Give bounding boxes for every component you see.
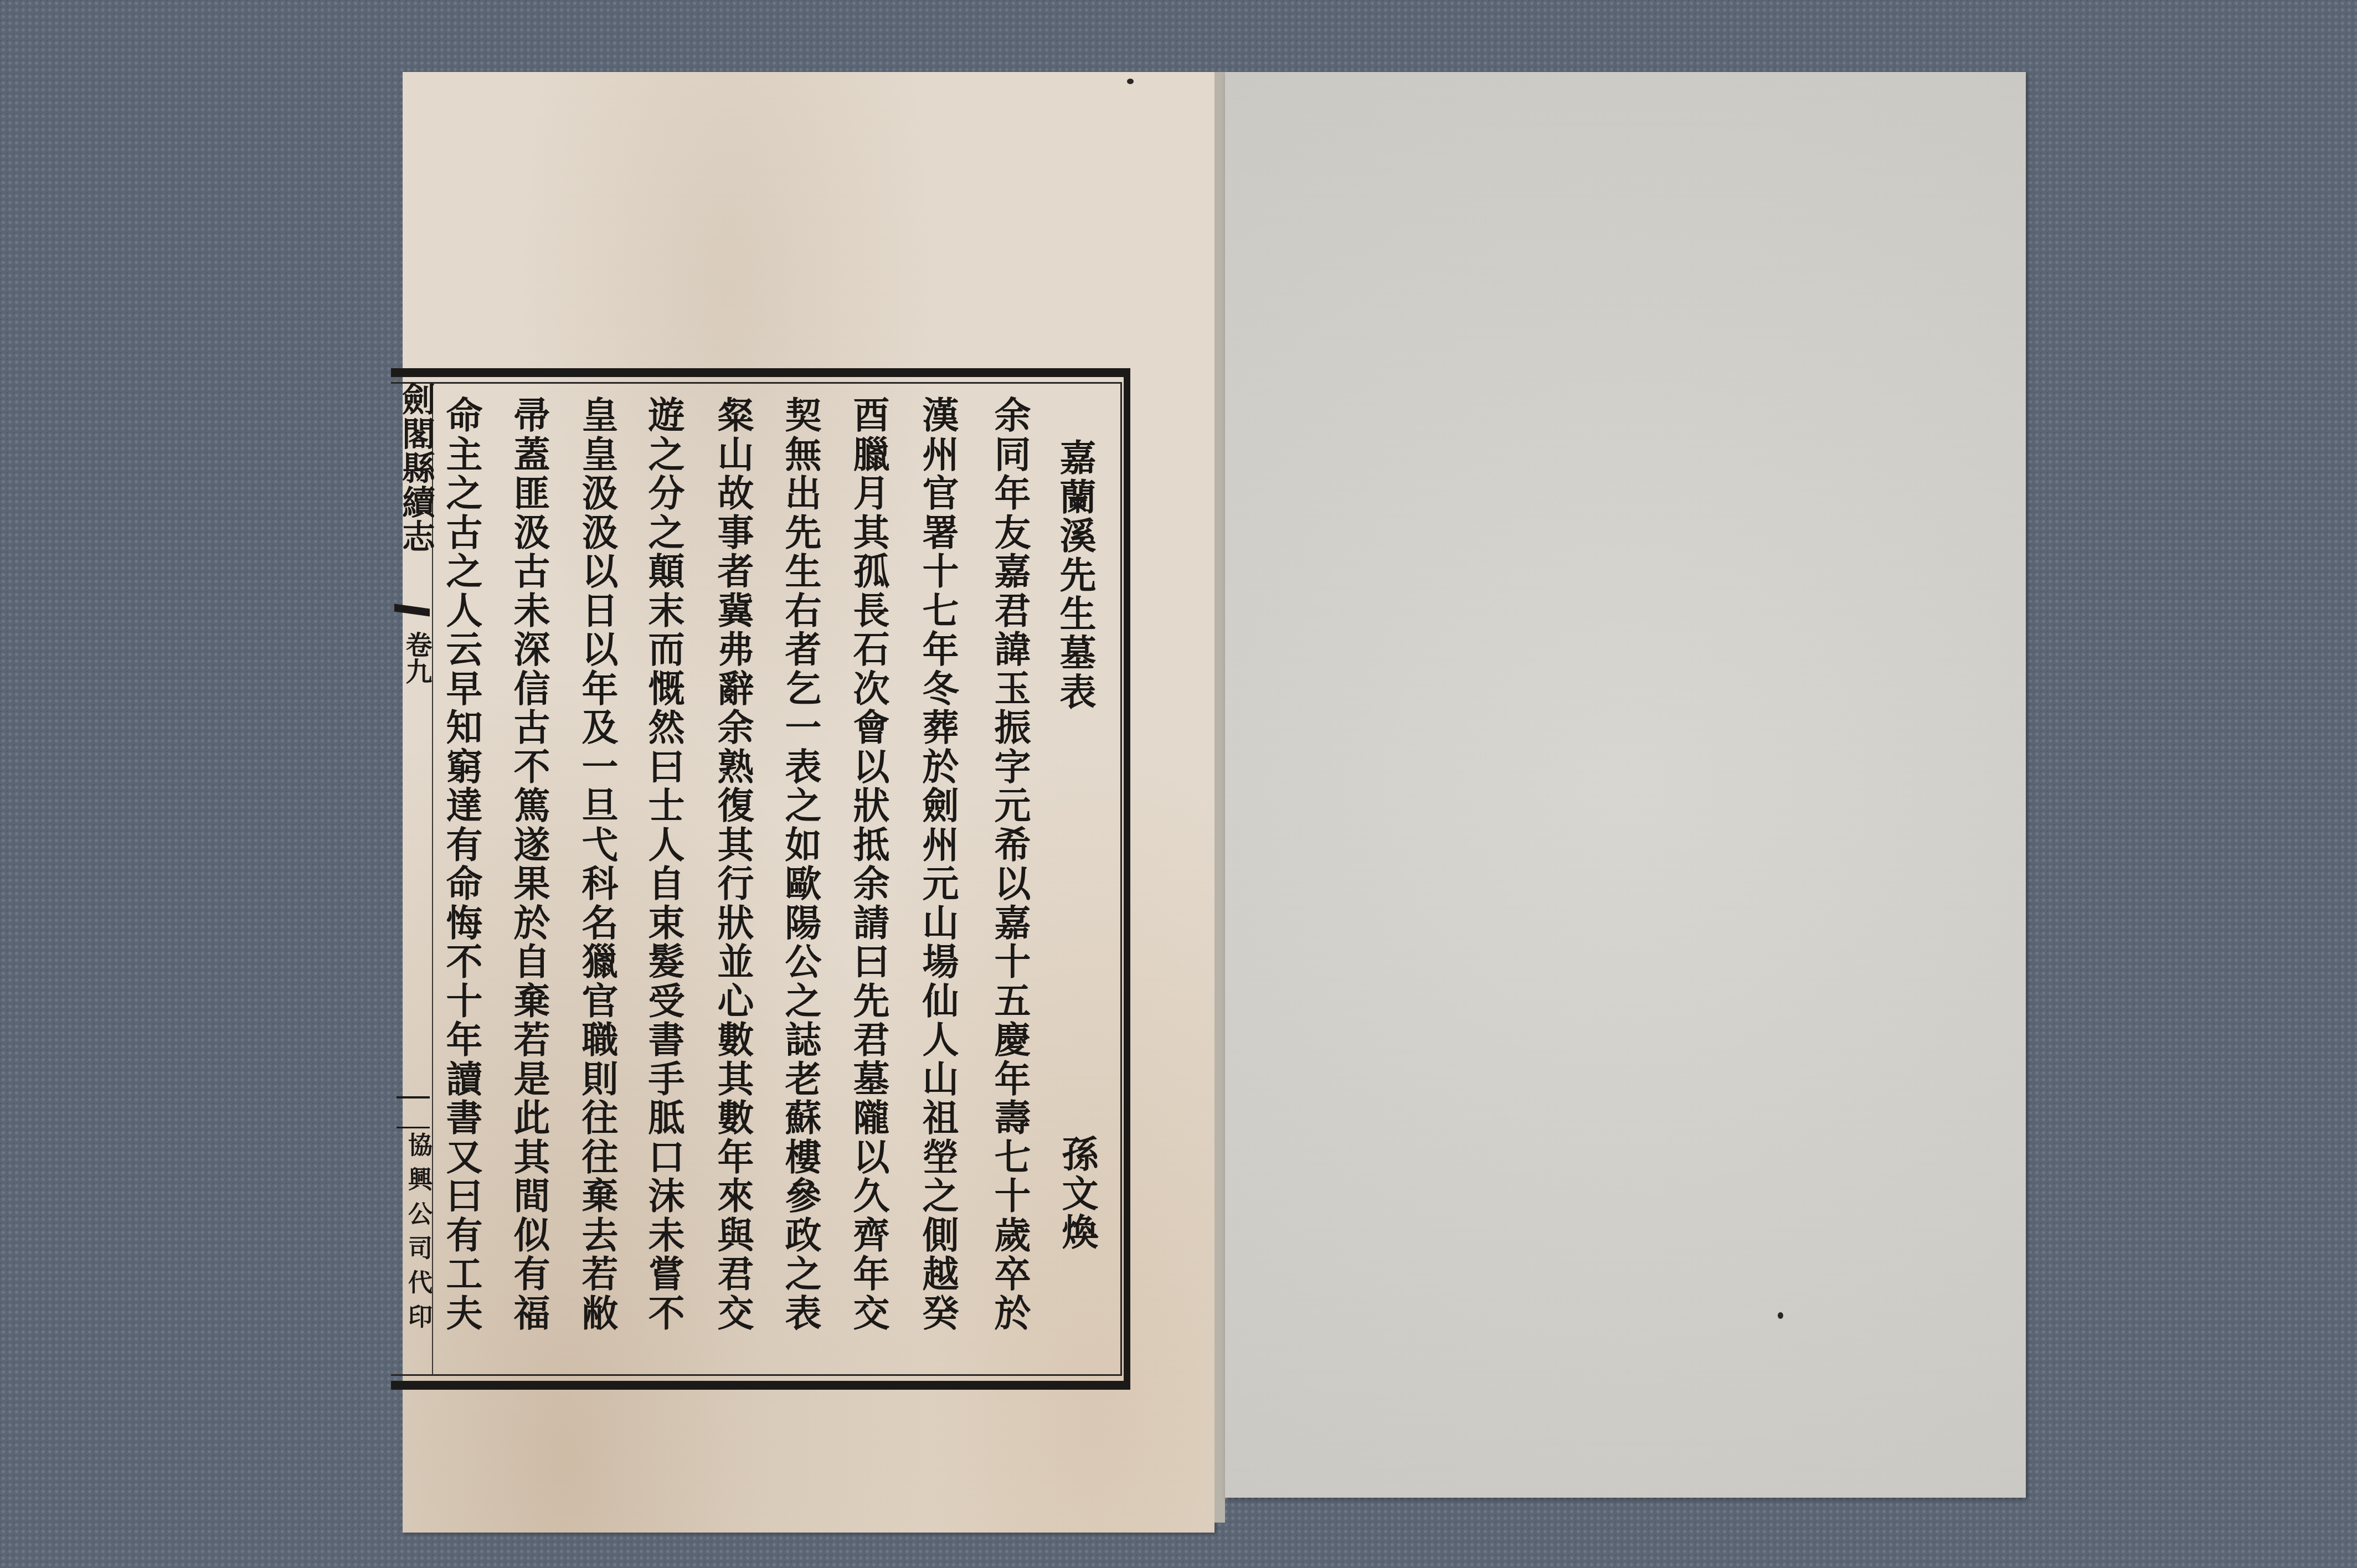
- text-column-5: 粲山故事者冀弗辭余熟復其行狀並心數其數年來與君交: [714, 396, 751, 1333]
- text-column-1: 余同年友嘉君諱玉振字元希以嘉十五慶年壽七十歲卒於: [991, 396, 1028, 1333]
- article-title: 嘉蘭溪先生墓表: [1057, 439, 1093, 712]
- text-column-7: 皇皇汲汲以日以年及一旦弋科名獵官職則往往棄去若敝: [579, 396, 615, 1333]
- text-column-9: 命主之古之人云早知窮達有命悔不十年讀書又曰有工夫: [443, 396, 480, 1333]
- book-title-margin: 劍閣縣續志: [392, 382, 440, 554]
- ink-spot: [1127, 79, 1134, 84]
- text-column-6: 遊之分之顛末而慨然曰士人自束髮受書手胝口沫未嘗不: [645, 396, 682, 1333]
- volume-label: 卷九: [398, 631, 436, 684]
- text-column-3: 酉臘月其孤長石次會以狀抵余請曰先君墓隴以久齊年交: [850, 396, 887, 1333]
- text-column-4: 契無出先生右者乞一表之如歐陽公之誌老蘇樓參政之表: [782, 396, 819, 1333]
- margin-rule-bottom: [397, 1127, 430, 1128]
- margin-rule-top: [397, 1096, 430, 1098]
- text-column-8: 帚蓋匪汲古未深信古不篤遂果於自棄若是此其間似有福: [511, 396, 547, 1333]
- article-author: 孫文煥: [1059, 1135, 1095, 1252]
- paper-spot: [1778, 1312, 1783, 1319]
- text-column-2: 漢州官署十七年冬葬於劍州元山場仙人山祖塋之側越癸: [919, 396, 956, 1333]
- right-blank-page: [1225, 72, 2026, 1498]
- printer-credit: 協興公司代印: [400, 1132, 435, 1338]
- page-gutter: [1214, 72, 1225, 1523]
